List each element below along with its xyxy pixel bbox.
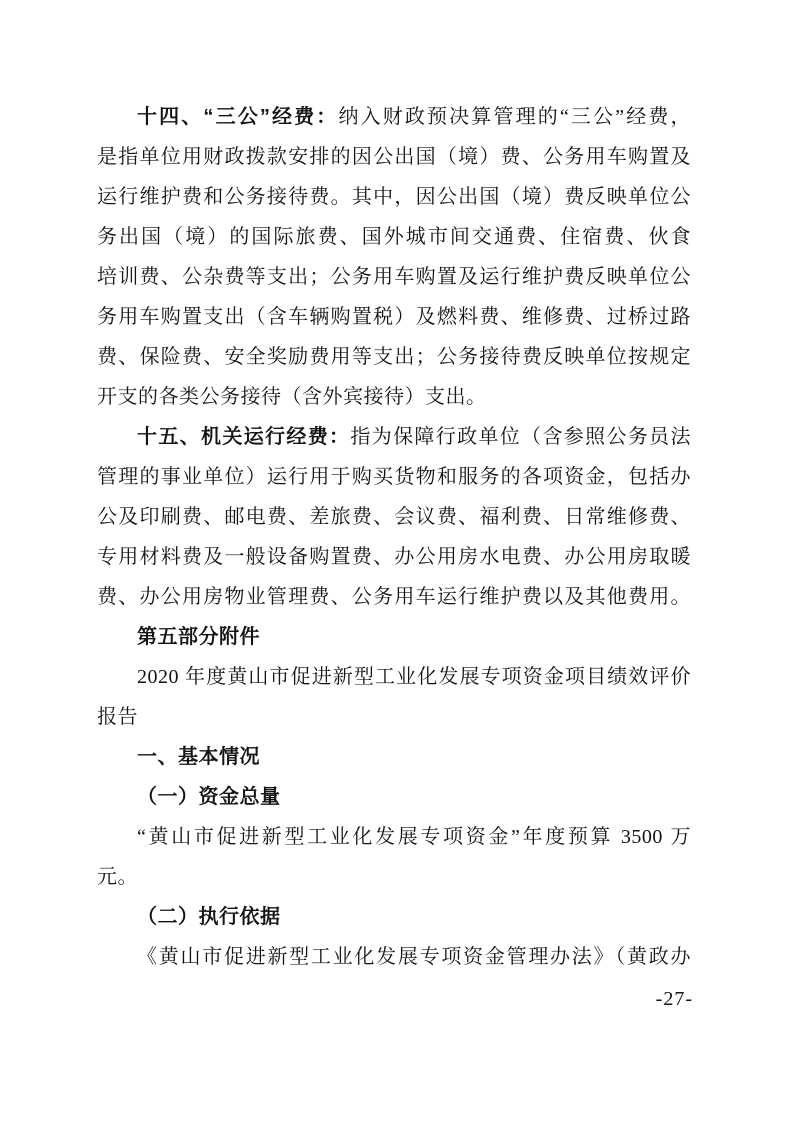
section-heading-text: （二）执行依据 (137, 906, 281, 928)
paragraph-text: 管理的事业单位）运行用于购买货物和服务的各项资金，包括办 (97, 466, 691, 488)
paragraph-line: 费、办公用房物业管理费、公务用车运行维护费以及其他费用。 (97, 577, 691, 617)
paragraph-text: 元。 (97, 866, 138, 888)
document-body: 十四、“三公”经费：纳入财政预决算管理的“三公”经费， 是指单位用财政拨款安排的… (97, 97, 691, 977)
paragraph-line: 《黄山市促进新型工业化发展专项资金管理办法》（黄政办 (97, 937, 691, 977)
section-heading: 第五部分附件 (97, 617, 691, 657)
paragraph-line: 专用材料费及一般设备购置费、办公用房水电费、办公用房取暖 (97, 537, 691, 577)
paragraph-line: 培训费、公杂费等支出；公务用车购置及运行维护费反映单位公 (97, 257, 691, 297)
paragraph-line: 务出国（境）的国际旅费、国外城市间交通费、住宿费、伙食费、 (97, 217, 691, 257)
paragraph-text: “黄山市促进新型工业化发展专项资金”年度预算 3500 万 (137, 826, 691, 848)
paragraph-line: 2020 年度黄山市促进新型工业化发展专项资金项目绩效评价 (97, 657, 691, 697)
section-heading-text: 第五部分附件 (137, 626, 260, 648)
paragraph-lead-bold: 十五、机关运行经费： (137, 426, 350, 448)
paragraph-text: 专用材料费及一般设备购置费、办公用房水电费、办公用房取暖 (97, 546, 691, 568)
paragraph-text: 报告 (97, 706, 138, 728)
paragraph-line: 务用车购置支出（含车辆购置税）及燃料费、维修费、过桥过路 (97, 297, 691, 337)
paragraph-line: 十五、机关运行经费：指为保障行政单位（含参照公务员法 (97, 417, 691, 457)
paragraph-text: 费、保险费、安全奖励费用等支出；公务接待费反映单位按规定 (97, 346, 691, 368)
paragraph-line: 公及印刷费、邮电费、差旅费、会议费、福利费、日常维修费、 (97, 497, 691, 537)
paragraph-text: 2020 年度黄山市促进新型工业化发展专项资金项目绩效评价 (137, 666, 691, 688)
paragraph-text: 开支的各类公务接待（含外宾接待）支出。 (97, 386, 487, 408)
paragraph-text: 费、办公用房物业管理费、公务用车运行维护费以及其他费用。 (97, 586, 691, 608)
section-heading: （二）执行依据 (97, 897, 691, 937)
section-heading-text: 一、基本情况 (137, 746, 260, 768)
paragraph-text: 是指单位用财政拨款安排的因公出国（境）费、公务用车购置及 (97, 146, 691, 168)
paragraph-text: 纳入财政预决算管理的“三公”经费， (338, 106, 691, 128)
section-heading-text: （一）资金总量 (137, 786, 281, 808)
paragraph-text: 公及印刷费、邮电费、差旅费、会议费、福利费、日常维修费、 (97, 506, 691, 528)
paragraph-line: 报告 (97, 697, 691, 737)
paragraph-text: 《黄山市促进新型工业化发展专项资金管理办法》（黄政办 (137, 946, 691, 968)
paragraph-line: 费、保险费、安全奖励费用等支出；公务接待费反映单位按规定 (97, 337, 691, 377)
paragraph-line: “黄山市促进新型工业化发展专项资金”年度预算 3500 万 (97, 817, 691, 857)
paragraph-line: 十四、“三公”经费：纳入财政预决算管理的“三公”经费， (97, 97, 691, 137)
paragraph-text: 指为保障行政单位（含参照公务员法 (350, 426, 691, 448)
paragraph-line: 运行维护费和公务接待费。其中，因公出国（境）费反映单位公 (97, 177, 691, 217)
paragraph-text: 务出国（境）的国际旅费、国外城市间交通费、住宿费、伙食费、 (97, 226, 691, 257)
paragraph-lead-bold: 十四、“三公”经费： (137, 106, 338, 128)
paragraph-line: 开支的各类公务接待（含外宾接待）支出。 (97, 377, 691, 417)
section-heading: 一、基本情况 (97, 737, 691, 777)
page-number: -27- (97, 988, 693, 1011)
section-heading: （一）资金总量 (97, 777, 691, 817)
paragraph-line: 管理的事业单位）运行用于购买货物和服务的各项资金，包括办 (97, 457, 691, 497)
paragraph-text: 培训费、公杂费等支出；公务用车购置及运行维护费反映单位公 (97, 266, 691, 288)
paragraph-line: 元。 (97, 857, 691, 897)
document-page: 十四、“三公”经费：纳入财政预决算管理的“三公”经费， 是指单位用财政拨款安排的… (0, 0, 793, 1122)
paragraph-line: 是指单位用财政拨款安排的因公出国（境）费、公务用车购置及 (97, 137, 691, 177)
paragraph-text: 运行维护费和公务接待费。其中，因公出国（境）费反映单位公 (97, 186, 691, 208)
paragraph-text: 务用车购置支出（含车辆购置税）及燃料费、维修费、过桥过路 (97, 306, 691, 328)
